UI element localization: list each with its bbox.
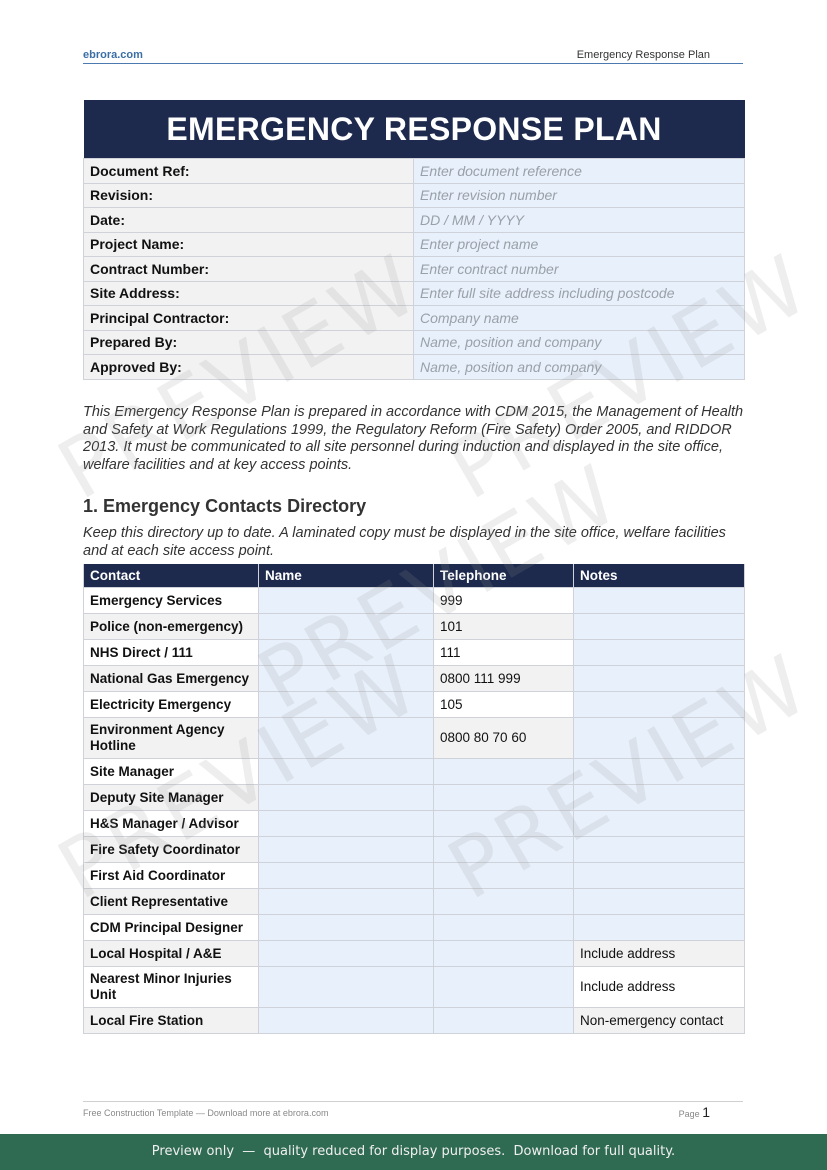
cell-contact: Emergency Services [84,588,259,614]
cell-contact: Nearest Minor Injuries Unit [84,967,259,1008]
cell-contact: National Gas Emergency [84,666,259,692]
footer-text: Free Construction Template — Download mo… [83,1108,328,1118]
cell-contact: Electricity Emergency [84,692,259,718]
info-label: Approved By: [84,355,414,380]
cell-name[interactable] [259,1008,434,1034]
cell-notes[interactable] [574,614,745,640]
info-row: Revision:Enter revision number [84,183,745,208]
info-input-field[interactable]: Name, position and company [414,355,745,380]
cell-contact: Deputy Site Manager [84,785,259,811]
table-row: First Aid Coordinator [84,863,745,889]
column-header-notes: Notes [574,564,745,588]
cell-contact: Environment Agency Hotline [84,718,259,759]
info-input-field[interactable]: Name, position and company [414,330,745,355]
cell-name[interactable] [259,785,434,811]
cell-telephone[interactable]: 0800 80 70 60 [434,718,574,759]
cell-telephone[interactable]: 101 [434,614,574,640]
cell-name[interactable] [259,666,434,692]
table-row: Environment Agency Hotline0800 80 70 60 [84,718,745,759]
info-row: Document Ref:Enter document reference [84,159,745,184]
cell-notes[interactable]: Include address [574,967,745,1008]
page-indicator: Page 1 [679,1104,710,1120]
page-label: Page [679,1109,700,1119]
cell-contact: CDM Principal Designer [84,915,259,941]
info-label: Prepared By: [84,330,414,355]
cell-name[interactable] [259,915,434,941]
info-input-field[interactable]: Enter revision number [414,183,745,208]
cell-notes[interactable] [574,640,745,666]
section-note: Keep this directory up to date. A lamina… [83,524,747,560]
table-row: Local Hospital / A&EInclude address [84,941,745,967]
page-number: 1 [702,1104,710,1120]
column-header-contact: Contact [84,564,259,588]
cell-notes[interactable] [574,718,745,759]
table-row: Client Representative [84,889,745,915]
cell-telephone[interactable] [434,837,574,863]
info-row: Project Name:Enter project name [84,232,745,257]
info-row: Date:DD / MM / YYYY [84,208,745,233]
info-input-field[interactable]: Enter full site address including postco… [414,281,745,306]
cell-telephone[interactable] [434,915,574,941]
site-name[interactable]: ebrora.com [83,49,143,61]
cell-contact: Client Representative [84,889,259,915]
info-label: Principal Contractor: [84,306,414,331]
cell-contact: Local Fire Station [84,1008,259,1034]
info-input-field[interactable]: Company name [414,306,745,331]
info-label: Document Ref: [84,159,414,184]
table-row: NHS Direct / 111111 [84,640,745,666]
cell-notes[interactable] [574,785,745,811]
info-input-field[interactable]: Enter contract number [414,257,745,282]
cell-telephone[interactable] [434,941,574,967]
cell-name[interactable] [259,941,434,967]
document-title-banner: EMERGENCY RESPONSE PLAN [84,100,745,159]
cell-telephone[interactable]: 105 [434,692,574,718]
section-title: 1. Emergency Contacts Directory [83,496,366,517]
cell-telephone[interactable]: 111 [434,640,574,666]
table-row: National Gas Emergency0800 111 999 [84,666,745,692]
info-row: Site Address:Enter full site address inc… [84,281,745,306]
table-row: Police (non-emergency)101 [84,614,745,640]
cell-name[interactable] [259,588,434,614]
cell-name[interactable] [259,614,434,640]
header-doc-title: Emergency Response Plan [577,49,710,61]
table-row: Nearest Minor Injuries UnitInclude addre… [84,967,745,1008]
table-row: Deputy Site Manager [84,785,745,811]
info-label: Revision: [84,183,414,208]
cell-name[interactable] [259,863,434,889]
info-label: Contract Number: [84,257,414,282]
cell-telephone[interactable]: 999 [434,588,574,614]
cell-notes[interactable] [574,889,745,915]
table-row: Site Manager [84,759,745,785]
preview-banner: Preview only — quality reduced for displ… [0,1134,827,1170]
table-row: Electricity Emergency105 [84,692,745,718]
cell-name[interactable] [259,640,434,666]
column-header-telephone: Telephone [434,564,574,588]
cell-name[interactable] [259,837,434,863]
cell-notes[interactable] [574,692,745,718]
page-footer: Free Construction Template — Download mo… [83,1101,743,1122]
info-input-field[interactable]: Enter document reference [414,159,745,184]
cell-contact: NHS Direct / 111 [84,640,259,666]
info-label: Site Address: [84,281,414,306]
cell-contact: H&S Manager / Advisor [84,811,259,837]
intro-paragraph: This Emergency Response Plan is prepared… [83,404,747,474]
table-row: H&S Manager / Advisor [84,811,745,837]
cell-telephone[interactable] [434,889,574,915]
cell-name[interactable] [259,967,434,1008]
cell-contact: Police (non-emergency) [84,614,259,640]
document-info-table: EMERGENCY RESPONSE PLAN Document Ref:Ent… [83,100,745,380]
info-row: Contract Number:Enter contract number [84,257,745,282]
cell-telephone[interactable] [434,811,574,837]
table-row: CDM Principal Designer [84,915,745,941]
table-row: Local Fire StationNon-emergency contact [84,1008,745,1034]
cell-notes[interactable] [574,811,745,837]
cell-name[interactable] [259,759,434,785]
column-header-name: Name [259,564,434,588]
cell-contact: First Aid Coordinator [84,863,259,889]
page-header: ebrora.com Emergency Response Plan [83,48,743,64]
cell-name[interactable] [259,811,434,837]
info-input-field[interactable]: DD / MM / YYYY [414,208,745,233]
cell-notes[interactable]: Non-emergency contact [574,1008,745,1034]
cell-telephone[interactable] [434,785,574,811]
cell-notes[interactable] [574,588,745,614]
cell-name[interactable] [259,718,434,759]
cell-notes[interactable]: Include address [574,941,745,967]
table-row: Emergency Services999 [84,588,745,614]
info-row: Approved By:Name, position and company [84,355,745,380]
cell-notes[interactable] [574,759,745,785]
contacts-header-row: Contact Name Telephone Notes [84,564,745,588]
cell-contact: Local Hospital / A&E [84,941,259,967]
cell-name[interactable] [259,692,434,718]
table-row: Fire Safety Coordinator [84,837,745,863]
cell-telephone[interactable] [434,967,574,1008]
info-input-field[interactable]: Enter project name [414,232,745,257]
cell-notes[interactable] [574,915,745,941]
cell-telephone[interactable] [434,1008,574,1034]
info-row: Principal Contractor:Company name [84,306,745,331]
emergency-contacts-table: Contact Name Telephone Notes Emergency S… [83,564,745,1034]
cell-notes[interactable] [574,837,745,863]
cell-telephone[interactable] [434,759,574,785]
info-label: Date: [84,208,414,233]
cell-contact: Fire Safety Coordinator [84,837,259,863]
info-row: Prepared By:Name, position and company [84,330,745,355]
cell-telephone[interactable] [434,863,574,889]
cell-notes[interactable] [574,666,745,692]
cell-notes[interactable] [574,863,745,889]
cell-name[interactable] [259,889,434,915]
cell-telephone[interactable]: 0800 111 999 [434,666,574,692]
cell-contact: Site Manager [84,759,259,785]
info-label: Project Name: [84,232,414,257]
